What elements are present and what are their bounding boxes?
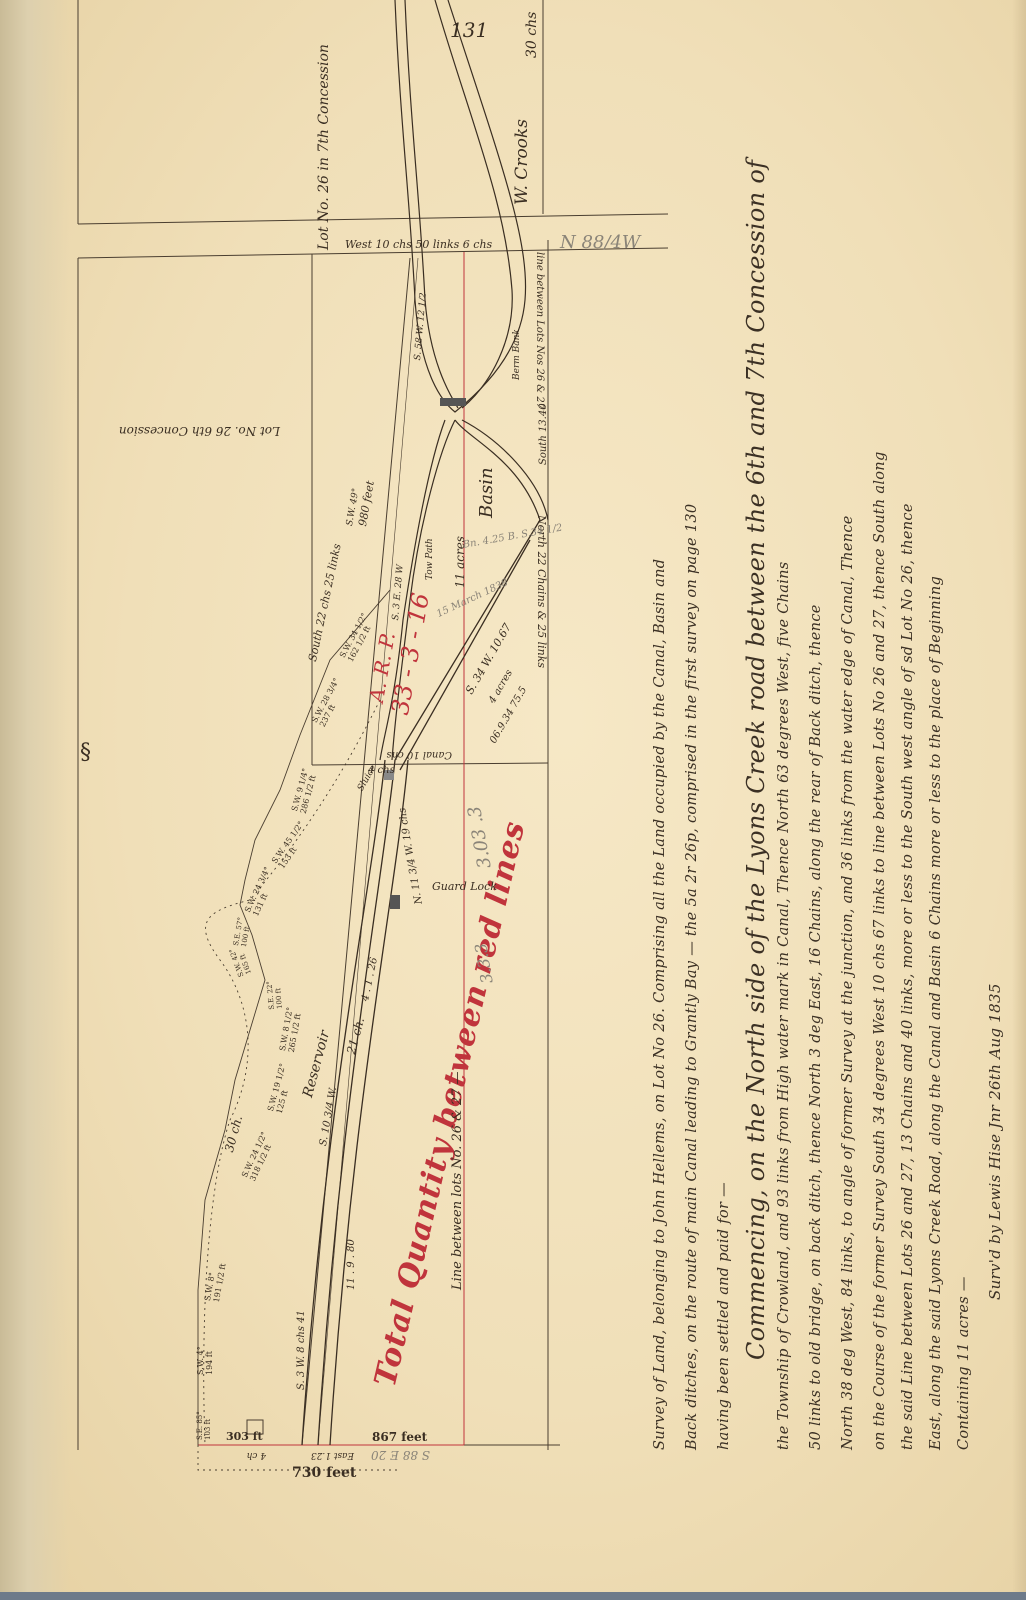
basin-label: Basin [476,467,497,518]
description-line-10: East, along the said Lyons Creek Road, a… [928,576,944,1450]
description-line-2: Back ditches, on the route of main Canal… [684,504,700,1450]
lot-26-6th-concession-label: Lot No. 26 6th Concession [119,424,280,438]
margin-flourish: § [80,740,91,765]
lock-structure [440,398,466,406]
north-line-pencil-note: N 88/4W [560,232,640,253]
surveyor-signature: Surv'd by Lewis Hise Jnr 26th Aug 1835 [986,983,1004,1300]
description-line-3: having been settled and paid for — [716,1182,732,1450]
description-line-6: 50 links to old bridge, on back ditch, t… [808,604,824,1450]
canal-10-label: Canal 10 chs [387,749,452,760]
bottom-pencil-note: S 88 E 20 [371,1448,430,1462]
eleven-nine-label: 11 . 9 . 80 [346,1239,357,1290]
bottom-730-label: 730 feet [292,1465,356,1481]
description-line-8: on the Course of the former Survey South… [872,451,888,1450]
description-line-1: Survey of Land, belonging to John Hellem… [652,559,668,1450]
bottom-303-label: 303 ft [226,1430,263,1443]
bottom-canal-label: East 1.23 [311,1450,354,1460]
bottom-4ch-label: 4 ch [247,1450,266,1460]
bearing-12: S.W. 4°194 ft [196,1346,214,1375]
description-line-7: North 38 deg West, 84 links, to angle of… [840,515,856,1450]
owner-label: W. Crooks [512,119,532,205]
line-between-lots-bottom: Line between lots No. 26 & 27 — [450,1071,465,1290]
bottom-867-label: 867 feet [372,1430,427,1444]
tow-path-label: Tow Path [425,538,435,580]
page-bottom-edge [0,1592,1026,1600]
north-line-label: West 10 chs 50 links 6 chs [345,238,492,251]
berm-bank-label: Berm Bank [512,329,522,380]
description-line-9: the said Line between Lots 26 and 27, 13… [900,503,916,1450]
line-between-lots-right: line between Lots Nos 26 & 27 [534,252,545,409]
bearing-7: S.E. 22°100 ft [265,980,283,1010]
page-number: 131 [450,18,488,42]
description-line-11: Containing 11 acres — [956,1276,972,1450]
south-right-label: South 13.40 [538,403,549,465]
owner-chains-label: 30 chs [524,12,540,58]
description-line-4: Commencing, on the North side of the Lyo… [742,160,770,1360]
lot-26-7th-concession-label: Lot No. 26 in 7th Concession [316,44,332,250]
s3w-label: S. 3 W. 8 chs 41 [296,1310,307,1390]
bearing-13: S.E. 85°103 ft [196,1411,212,1440]
guard-lock-label: Guard Lock [432,880,497,893]
description-line-5: the Township of Crowland, and 93 links f… [776,561,792,1450]
four-chains-label: 4 chs [368,765,395,776]
